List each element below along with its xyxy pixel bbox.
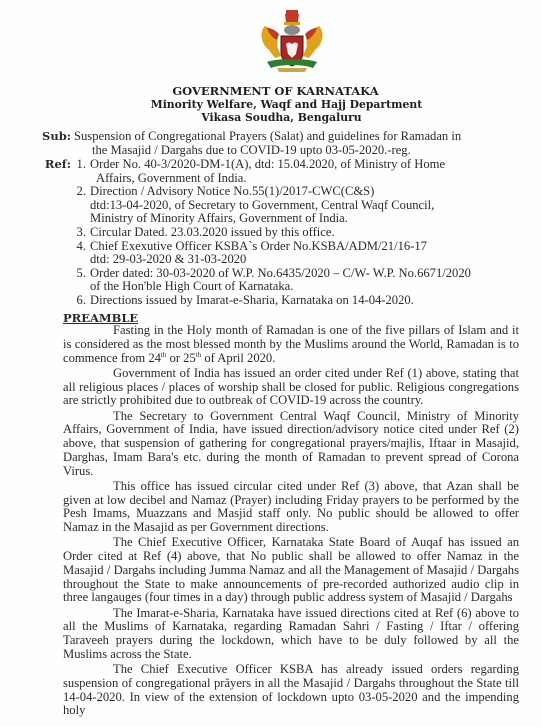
- paragraph: Government of India has issued an order …: [63, 367, 519, 408]
- reference-item: 3. Circular Dated. 23.03.2020 issued by …: [0, 226, 541, 240]
- reference-item: 5. Order dated: 30-03-2020 of W.P. No.64…: [0, 267, 541, 294]
- subject-block: Sub: Suspension of Congregational Prayer…: [0, 130, 541, 157]
- reference-item: 2. Direction / Advisory Notice No.55(1)/…: [0, 185, 541, 226]
- document-page: GOVERNMENT OF KARNATAKA Minority Welfare…: [0, 0, 541, 727]
- references-label: Ref:: [0, 158, 74, 185]
- subject-label: Sub:: [0, 130, 74, 157]
- government-title: GOVERNMENT OF KARNATAKA: [0, 84, 541, 98]
- paragraph: The Secretary to Government Central Waqf…: [63, 410, 519, 479]
- reference-item: 4. Chief Exexutive Officer KSBA`s Order …: [0, 240, 541, 267]
- subject-line-1: Suspension of Congregational Prayers (Sa…: [74, 130, 514, 144]
- state-emblem-icon: [255, 8, 329, 76]
- references-block: Ref: 1. Order No. 40-3/2020-DM-1(A), dtd…: [0, 158, 541, 308]
- reference-item: Ref: 1. Order No. 40-3/2020-DM-1(A), dtd…: [0, 158, 541, 185]
- office-address: Vikasa Soudha, Bengaluru: [0, 111, 541, 124]
- paragraph: The Chief Executive Officer KSBA has alr…: [63, 663, 519, 718]
- paragraph: The Chief Executive Officer, Karnataka S…: [63, 536, 519, 605]
- paragraph: This office has issued circular cited un…: [63, 480, 519, 535]
- preamble-body: Fasting in the Holy month of Ramadan is …: [63, 324, 519, 720]
- paragraph: The Imarat-e-Sharia, Karnataka have issu…: [63, 607, 519, 662]
- subject-line-2: the Masajid / Dargahs due to COVID-19 up…: [74, 144, 514, 158]
- department-name: Minority Welfare, Waqf and Hajj Departme…: [0, 98, 541, 111]
- reference-item: 6. Directions issued by Imarat-e-Sharia,…: [0, 294, 541, 308]
- paragraph: Fasting in the Holy month of Ramadan is …: [63, 324, 519, 365]
